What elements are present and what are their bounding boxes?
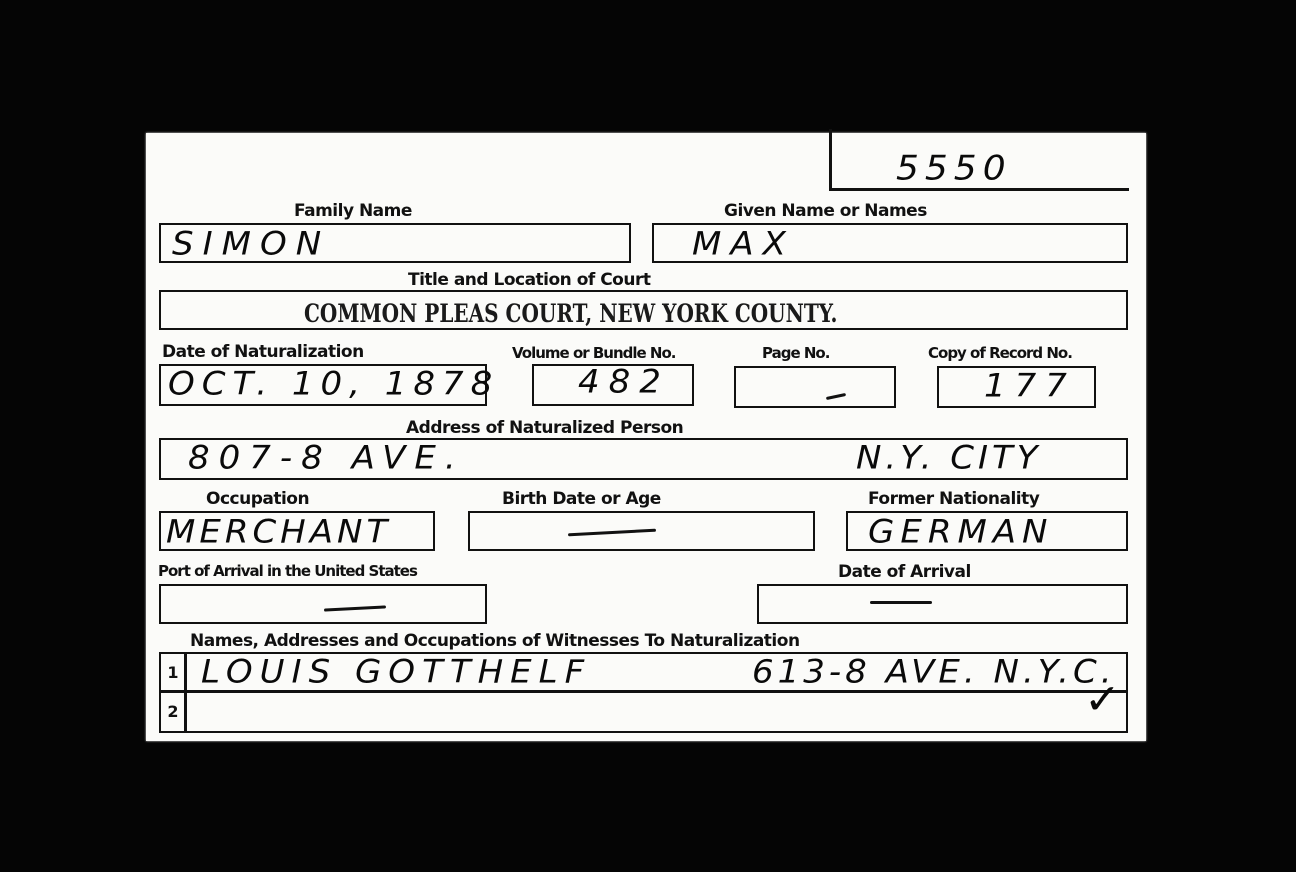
date-of-naturalization-value: OCT. 10, 1878	[168, 368, 499, 400]
page-field	[734, 366, 896, 408]
date-of-arrival-field	[757, 584, 1128, 624]
page-label: Page No.	[762, 346, 829, 361]
occupation-label: Occupation	[206, 491, 309, 508]
record-copy-value: 177	[984, 370, 1076, 402]
court-label: Title and Location of Court	[408, 272, 650, 289]
former-nationality-value: GERMAN	[868, 516, 1053, 548]
witness-row-number: 1	[162, 665, 184, 681]
port-of-arrival-field	[159, 584, 487, 624]
address-label: Address of Naturalized Person	[406, 420, 683, 437]
address-city-value: N.Y. CITY	[856, 442, 1042, 474]
former-nationality-label: Former Nationality	[868, 491, 1039, 508]
witnesses-number-column-divider	[184, 654, 187, 731]
witnesses-label: Names, Addresses and Occupations of Witn…	[190, 633, 800, 650]
address-street-value: 807-8 AVE.	[188, 442, 465, 474]
witness-1-name: LOUIS GOTTHELF	[201, 656, 591, 688]
record-copy-label: Copy of Record No.	[928, 346, 1072, 361]
port-of-arrival-label: Port of Arrival in the United States	[158, 564, 417, 579]
family-name-value: SIMON	[172, 228, 330, 260]
birth-date-label: Birth Date or Age	[502, 491, 661, 508]
serial-number: 5550	[896, 152, 1012, 186]
given-name-value: MAX	[692, 228, 795, 260]
court-value: COMMON PLEAS COURT, NEW YORK COUNTY.	[304, 301, 837, 326]
date-of-naturalization-label: Date of Naturalization	[162, 344, 364, 361]
volume-value: 482	[578, 366, 670, 398]
naturalization-index-card: 5550 Family Name SIMON Given Name or Nam…	[146, 133, 1146, 741]
witness-row-number: 2	[162, 704, 184, 720]
witness-1-address: 613-8 AVE. N.Y.C.	[752, 656, 1116, 688]
date-of-arrival-label: Date of Arrival	[838, 564, 971, 581]
family-name-label: Family Name	[294, 203, 412, 220]
date-of-arrival-value-dash	[870, 601, 932, 604]
occupation-value: MERCHANT	[166, 516, 391, 548]
volume-label: Volume or Bundle No.	[512, 346, 676, 361]
check-mark-icon: ✓	[1084, 679, 1121, 721]
given-name-label: Given Name or Names	[724, 203, 927, 220]
